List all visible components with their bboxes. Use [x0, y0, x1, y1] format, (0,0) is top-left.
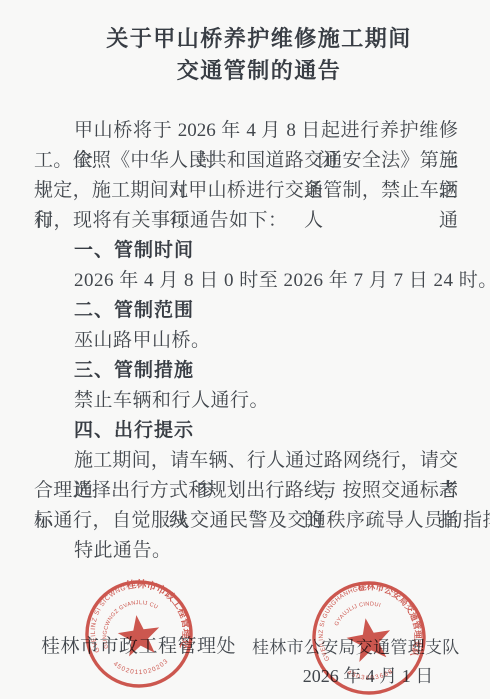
notice-title-line2: 交通管制的通告	[34, 56, 484, 86]
svg-text:GYAUJLIJ CINDUI: GYAUJLIJ CINDUI	[331, 599, 384, 628]
section-heading-2: 二、管制范围	[34, 296, 458, 326]
star-icon	[344, 614, 395, 663]
svg-text:4503003668: 4503003668	[345, 661, 396, 686]
star-icon	[116, 612, 163, 657]
notice-body: 甲山桥将于 2026 年 4 月 8 日起进行养护维修全封闭施 工。依照《中华人…	[34, 116, 458, 566]
official-seal-right: GVEILINZ SI GUNGHANHGIZ 桂林市公安局交通管理支队 GYA…	[306, 574, 432, 699]
notice-document: 关于甲山桥养护维修施工期间 交通管制的通告 甲山桥将于 2026 年 4 月 8…	[0, 0, 490, 699]
notice-line: 禁止车辆和行人通行。	[34, 386, 458, 416]
notice-line: 合理选择出行方式和规划出行路线，按照交通标志标线的指	[34, 476, 458, 506]
notice-line: 甲山桥将于 2026 年 4 月 8 日起进行养护维修全封闭施	[34, 116, 458, 146]
section-heading-1: 一、管制时间	[34, 236, 458, 266]
official-seal-left: GVEILINZ SI SICWNG 桂林市市政工程管理处 GUNGCWNGZ …	[79, 572, 199, 696]
svg-text:GUNGCWNGZ GVANJLIJ CU: GUNGCWNGZ GVANJLIJ CU	[98, 597, 164, 649]
notice-line: 示通行，自觉服从交通民警及交通秩序疏导人员的指挥。	[34, 506, 458, 536]
notice-line: 规定，施工期间对甲山桥进行交通管制，禁止车辆和行人通	[34, 176, 458, 206]
svg-text:4502011020203: 4502011020203	[111, 653, 171, 680]
section-heading-3: 三、管制措施	[34, 356, 458, 386]
section-heading-4: 四、出行提示	[34, 416, 458, 446]
closing-line: 特此通告。	[34, 536, 458, 566]
notice-line: 2026 年 4 月 8 日 0 时至 2026 年 7 月 7 日 24 时。	[34, 266, 458, 296]
notice-title-line1: 关于甲山桥养护维修施工期间	[34, 24, 484, 54]
notice-line: 施工期间，请车辆、行人通过路网绕行，请交通参与者	[34, 446, 458, 476]
notice-line: 巫山路甲山桥。	[34, 326, 458, 356]
notice-line: 工。依照《中华人民共和国道路交通安全法》第三十九条之	[34, 146, 458, 176]
